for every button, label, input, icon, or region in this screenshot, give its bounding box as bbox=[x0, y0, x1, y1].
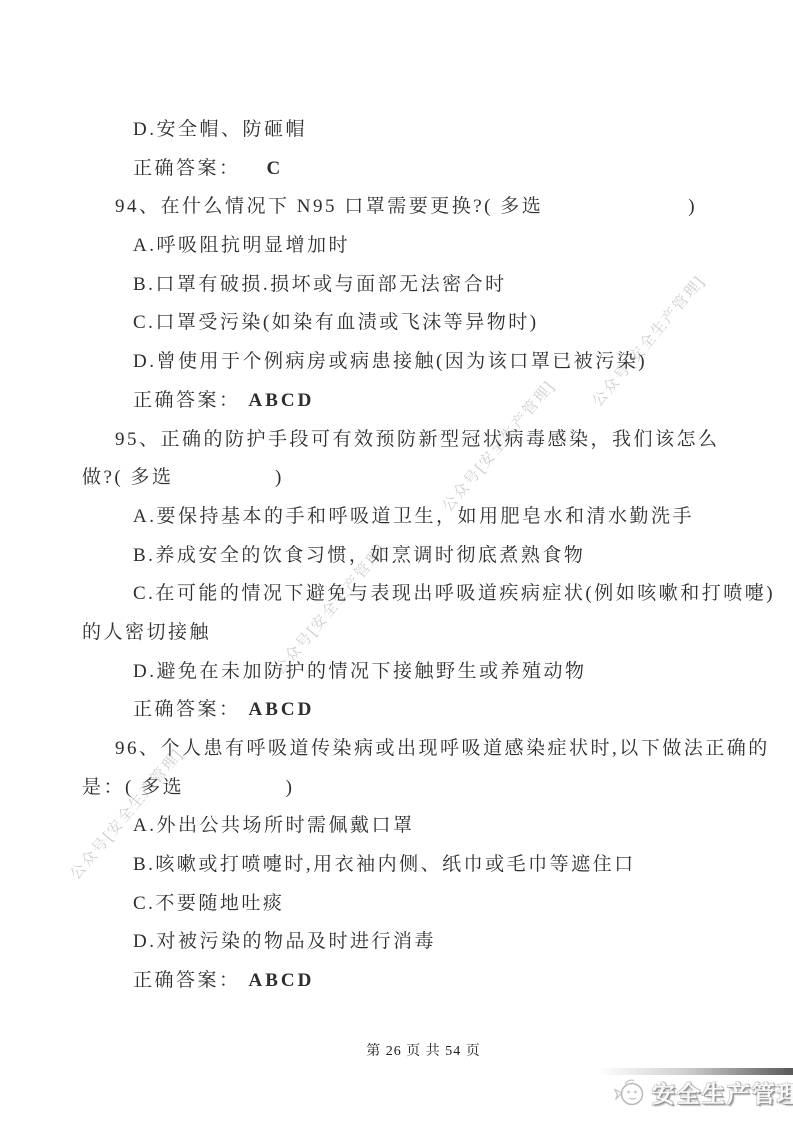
brand-name: 安全生产管理 bbox=[652, 1076, 793, 1109]
option-line: D.避免在未加防护的情况下接触野生或养殖动物 bbox=[82, 653, 727, 692]
answer-value: ABCD bbox=[249, 970, 315, 991]
answer-line: 正确答案：ABCD bbox=[82, 962, 727, 1001]
answer-value: C bbox=[267, 158, 284, 179]
answer-label: 正确答案： bbox=[133, 970, 241, 991]
answer-label: 正确答案： bbox=[133, 158, 241, 179]
page-number: 第 26 页 共 54 页 bbox=[0, 1040, 793, 1060]
option-line: B.养成安全的饮食习惯，如烹调时彻底煮熟食物 bbox=[82, 537, 727, 576]
question-line: 95、正确的防护手段可有效预防新型冠状病毒感染，我们该怎么 bbox=[82, 421, 727, 460]
option-line: C.在可能的情况下避免与表现出呼吸道疾病症状(例如咳嗽和打喷嚏) bbox=[82, 575, 727, 614]
continuation-line: 做?( 多选 ) bbox=[82, 459, 727, 498]
answer-label: 正确答案： bbox=[133, 699, 241, 720]
option-line: B.口罩有破损.损坏或与面部无法密合时 bbox=[82, 266, 727, 305]
option-line: D.对被污染的物品及时进行消毒 bbox=[82, 923, 727, 962]
option-line: D.安全帽、防砸帽 bbox=[82, 111, 727, 150]
question-line: 94、在什么情况下 N95 口罩需要更换?( 多选 ) bbox=[82, 188, 727, 227]
question-line: 96、个人患有呼吸道传染病或出现呼吸道感染症状时,以下做法正确的 bbox=[82, 730, 727, 769]
answer-label: 正确答案： bbox=[133, 390, 241, 411]
continuation-line: 的人密切接触 bbox=[82, 614, 727, 653]
answer-value: ABCD bbox=[249, 390, 315, 411]
option-line: B.咳嗽或打喷嚏时,用衣袖内侧、纸巾或毛巾等遮住口 bbox=[82, 846, 727, 885]
document-page: 公众号[安全生产管理] 公众号[安全生产管理] 公众号[安全生产管理] 公众号[… bbox=[0, 0, 793, 1122]
option-line: A.外出公共场所时需佩戴口罩 bbox=[82, 807, 727, 846]
option-line: C.不要随地吐痰 bbox=[82, 885, 727, 924]
option-line: C.口罩受污染(如染有血渍或飞沫等异物时) bbox=[82, 304, 727, 343]
option-line: A.要保持基本的手和呼吸道卫生，如用肥皂水和清水勤洗手 bbox=[82, 498, 727, 537]
answer-value: ABCD bbox=[249, 699, 315, 720]
option-line: D.曾使用于个例病房或病患接触(因为该口罩已被污染) bbox=[82, 343, 727, 382]
answer-line: 正确答案：C bbox=[82, 150, 727, 189]
option-line: A.呼吸阻抗明显增加时 bbox=[82, 227, 727, 266]
exam-text-block: D.安全帽、防砸帽 正确答案：C 94、在什么情况下 N95 口罩需要更换?( … bbox=[82, 111, 727, 1001]
answer-line: 正确答案：ABCD bbox=[82, 382, 727, 421]
brand-block: 安全生产管理 bbox=[613, 1074, 793, 1110]
continuation-line: 是：( 多选 ) bbox=[82, 769, 727, 808]
wechat-mascot-icon bbox=[613, 1074, 647, 1110]
answer-line: 正确答案：ABCD bbox=[82, 691, 727, 730]
